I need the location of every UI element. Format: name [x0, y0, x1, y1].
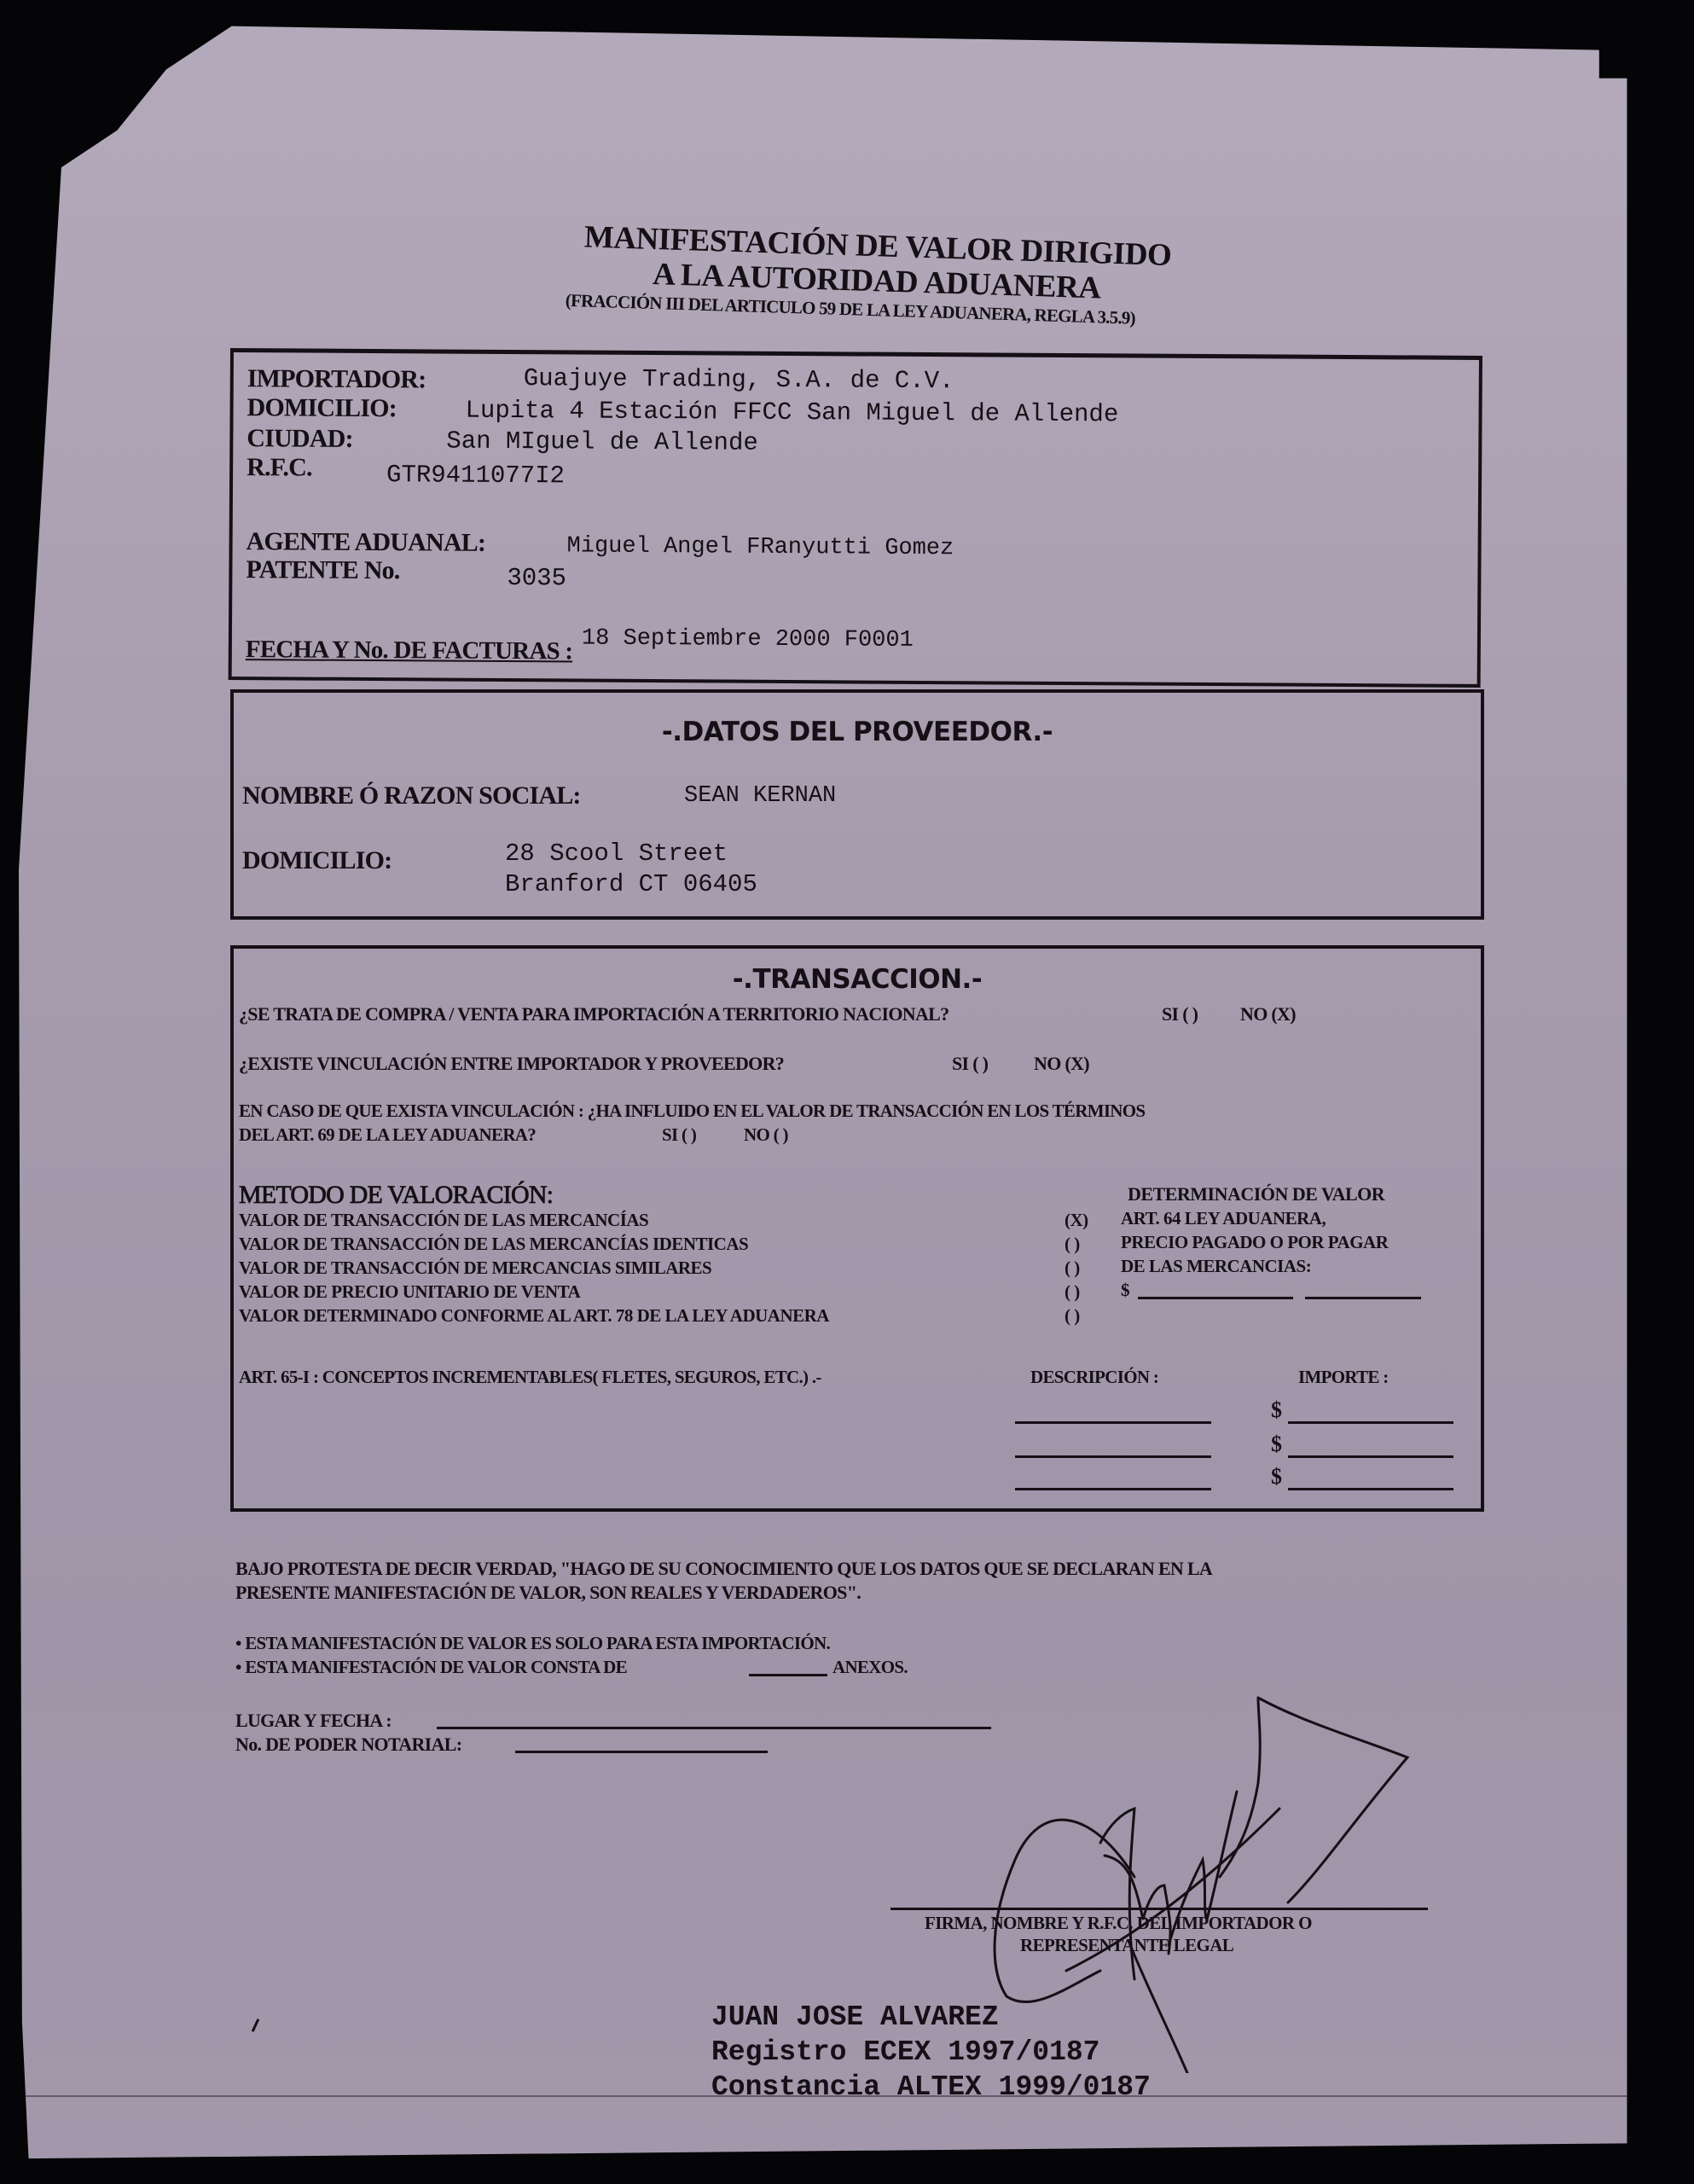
- valuation-method-checkbox[interactable]: (X): [1065, 1208, 1088, 1232]
- supplier-domicilio-label: DOMICILIO:: [242, 846, 392, 875]
- importe-currency-1: $: [1271, 1397, 1281, 1423]
- lugar-fecha-field[interactable]: [437, 1727, 991, 1729]
- domicilio-value: Lupita 4 Estación FFCC San Miguel de All…: [465, 397, 1118, 429]
- importador-value: Guajuye Trading, S.A. de C.V.: [524, 364, 954, 395]
- agent-registro: Registro ECEX 1997/0187: [711, 2035, 1099, 2070]
- agente-value: Miguel Angel FRanyutti Gomez: [566, 533, 954, 561]
- determination-line-3: PRECIO PAGADO O POR PAGAR: [1121, 1230, 1388, 1254]
- valuation-method-label: VALOR DE TRANSACCIÓN DE LAS MERCANCÍAS: [239, 1208, 648, 1232]
- supplier-address-line-2: Branford CT 06405: [505, 870, 757, 898]
- agent-constancia: Constancia ALTEX 1999/0187: [711, 2070, 1151, 2105]
- poder-notarial-field[interactable]: [515, 1751, 768, 1753]
- transaction-section-title: -.TRANSACCION.-: [234, 964, 1481, 995]
- supplier-name-label: NOMBRE Ó RAZON SOCIAL:: [242, 781, 581, 810]
- descripcion-field-2[interactable]: [1015, 1455, 1211, 1458]
- determination-line-1: DETERMINACIÓN DE VALOR: [1128, 1182, 1384, 1206]
- valuation-method-row: VALOR DE PRECIO UNITARIO DE VENTA( ): [239, 1280, 1092, 1304]
- q3-no-checkbox[interactable]: NO ( ): [744, 1124, 788, 1146]
- supplier-address-line-1: 28 Scool Street: [505, 839, 728, 868]
- valuation-method-row: VALOR DE TRANSACCIÓN DE LAS MERCANCÍAS(X…: [239, 1208, 1092, 1232]
- valuation-method-row: VALOR DE TRANSACCIÓN DE MERCANCIAS SIMIL…: [239, 1256, 1092, 1280]
- valuation-method-checkbox[interactable]: ( ): [1065, 1256, 1080, 1280]
- supplier-section-title: -.DATOS DEL PROVEEDOR.-: [234, 717, 1481, 747]
- importe-field-2[interactable]: [1288, 1455, 1453, 1458]
- q2-no-checkbox[interactable]: NO (X): [1034, 1053, 1089, 1075]
- domicilio-label: DOMICILIO:: [247, 393, 397, 423]
- agente-label: AGENTE ADUANAL:: [247, 527, 486, 558]
- determination-currency: $: [1121, 1278, 1129, 1302]
- importer-section: IMPORTADOR: Guajuye Trading, S.A. de C.V…: [229, 348, 1482, 688]
- q3-si-checkbox[interactable]: SI ( ): [662, 1124, 696, 1146]
- facturas-label: FECHA Y No. DE FACTURAS :: [246, 636, 573, 665]
- importe-currency-3: $: [1271, 1464, 1281, 1490]
- method-title: METODO DE VALORACIÓN:: [239, 1181, 553, 1210]
- declaration-line-2: PRESENTE MANIFESTACIÓN DE VALOR, SON REA…: [235, 1582, 861, 1604]
- determination-amount-cents-field[interactable]: [1305, 1297, 1421, 1299]
- supplier-section: -.DATOS DEL PROVEEDOR.- NOMBRE Ó RAZON S…: [230, 689, 1484, 920]
- question-influido-line-1: EN CASO DE QUE EXISTA VINCULACIÓN : ¿HA …: [239, 1101, 1145, 1122]
- ciudad-value: San MIguel de Allende: [446, 427, 758, 457]
- supplier-name-value: SEAN KERNAN: [684, 783, 836, 809]
- valuation-method-checkbox[interactable]: ( ): [1065, 1280, 1080, 1304]
- question-compra-venta: ¿SE TRATA DE COMPRA / VENTA PARA IMPORTA…: [239, 1003, 949, 1025]
- declaration-bullet-2: • ESTA MANIFESTACIÓN DE VALOR CONSTA DE: [235, 1657, 627, 1678]
- determination-line-2: ART. 64 LEY ADUANERA,: [1121, 1206, 1326, 1230]
- q2-si-checkbox[interactable]: SI ( ): [952, 1053, 988, 1075]
- valuation-method-checkbox[interactable]: ( ): [1065, 1232, 1080, 1256]
- valuation-method-row: VALOR DETERMINADO CONFORME AL ART. 78 DE…: [239, 1304, 1092, 1327]
- valuation-method-label: VALOR DETERMINADO CONFORME AL ART. 78 DE…: [239, 1304, 829, 1327]
- ciudad-label: CIUDAD:: [247, 424, 353, 454]
- valuation-method-label: VALOR DE TRANSACCIÓN DE MERCANCIAS SIMIL…: [239, 1256, 711, 1280]
- incrementables-label: ART. 65-I : CONCEPTOS INCREMENTABLES( FL…: [239, 1367, 821, 1388]
- declaration-anexos-label: ANEXOS.: [832, 1657, 908, 1678]
- declaration-bullet-1: • ESTA MANIFESTACIÓN DE VALOR ES SOLO PA…: [235, 1633, 830, 1654]
- determination-amount-field[interactable]: [1138, 1297, 1293, 1299]
- rfc-value: GTR9411077I2: [386, 461, 565, 490]
- q1-si-checkbox[interactable]: SI ( ): [1162, 1003, 1198, 1025]
- lugar-fecha-label: LUGAR Y FECHA :: [235, 1710, 392, 1732]
- importe-label: IMPORTE :: [1298, 1367, 1389, 1388]
- descripcion-label: DESCRIPCIÓN :: [1030, 1367, 1158, 1388]
- transaction-section: -.TRANSACCION.- ¿SE TRATA DE COMPRA / VE…: [230, 945, 1484, 1512]
- question-influido-line-2: DEL ART. 69 DE LA LEY ADUANERA?: [239, 1124, 536, 1146]
- handwritten-signature-icon: [964, 1672, 1459, 2073]
- valuation-method-checkbox[interactable]: ( ): [1065, 1304, 1080, 1327]
- question-vinculacion: ¿EXISTE VINCULACIÓN ENTRE IMPORTADOR Y P…: [239, 1053, 784, 1075]
- patente-value: 3035: [507, 564, 566, 592]
- valuation-method-row: VALOR DE TRANSACCIÓN DE LAS MERCANCÍAS I…: [239, 1232, 1092, 1256]
- descripcion-field-3[interactable]: [1015, 1488, 1211, 1490]
- rfc-label: R.F.C.: [247, 453, 312, 482]
- valuation-method-label: VALOR DE TRANSACCIÓN DE LAS MERCANCÍAS I…: [239, 1232, 748, 1256]
- patente-label: PATENTE No.: [246, 555, 399, 585]
- importe-field-1[interactable]: [1288, 1421, 1453, 1424]
- agent-name: JUAN JOSE ALVAREZ: [711, 2000, 999, 2035]
- q1-no-checkbox[interactable]: NO (X): [1240, 1003, 1296, 1025]
- valuation-method-label: VALOR DE PRECIO UNITARIO DE VENTA: [239, 1280, 580, 1304]
- importador-label: IMPORTADOR:: [247, 364, 426, 394]
- determination-line-4: DE LAS MERCANCIAS:: [1121, 1254, 1311, 1278]
- importe-currency-2: $: [1271, 1432, 1281, 1457]
- poder-notarial-label: No. DE PODER NOTARIAL:: [235, 1734, 461, 1756]
- importe-field-3[interactable]: [1288, 1488, 1453, 1490]
- facturas-value: 18 Septiembre 2000 F0001: [582, 626, 914, 653]
- descripcion-field-1[interactable]: [1015, 1421, 1211, 1424]
- declaration-line-1: BAJO PROTESTA DE DECIR VERDAD, "HAGO DE …: [235, 1558, 1212, 1580]
- signature-caption-line-2: REPRESENTANTE LEGAL: [1020, 1935, 1233, 1956]
- signature-caption-line-1: FIRMA, NOMBRE Y R.F.C. DEL IMPORTADOR O: [925, 1913, 1312, 1934]
- anexos-count-field[interactable]: [749, 1674, 827, 1676]
